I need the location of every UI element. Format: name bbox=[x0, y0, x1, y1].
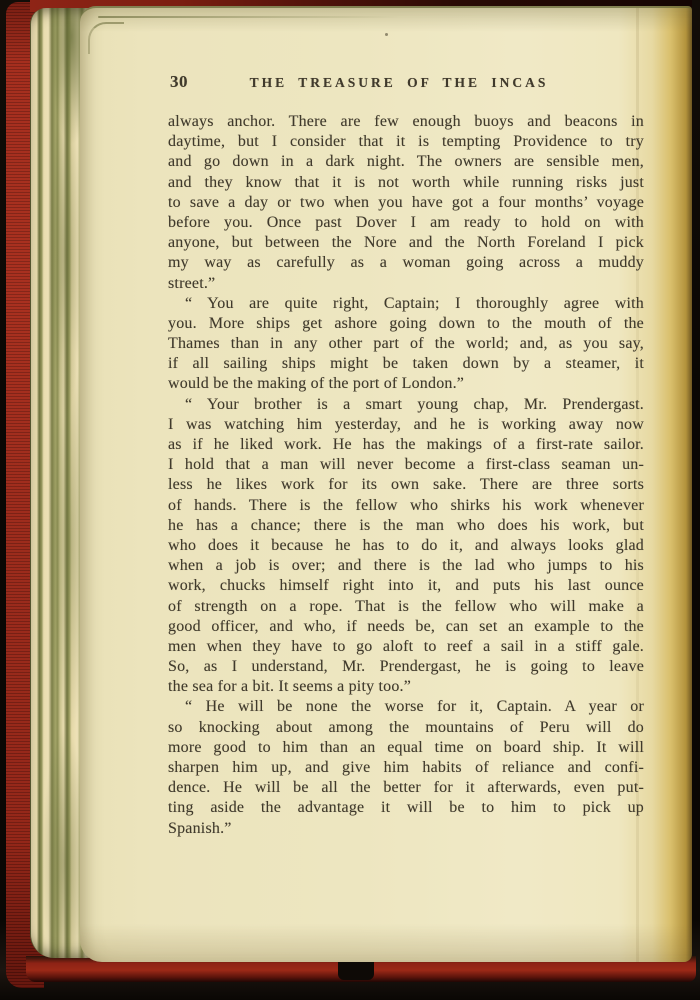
text-line: good officer, and who, if needs be, can … bbox=[168, 617, 644, 637]
text-line: and they know that it is not worth while… bbox=[168, 173, 644, 193]
text-line: “ You are quite right, Captain; I thorou… bbox=[168, 294, 644, 314]
text-line: of hands. There is the fellow who shirks… bbox=[168, 496, 644, 516]
text-line: Spanish.” bbox=[168, 819, 644, 839]
text-block: always anchor. There are few enough buoy… bbox=[168, 112, 644, 839]
text-line: street.” bbox=[168, 274, 644, 294]
printed-content: 30 THE TREASURE OF THE INCAS always anch… bbox=[168, 70, 644, 839]
text-line: Thames than in any other part of the wor… bbox=[168, 334, 644, 354]
stacked-page-top-edge-line bbox=[98, 16, 528, 18]
text-line: So, as I understand, Mr. Prendergast, he… bbox=[168, 657, 644, 677]
stacked-page-corner-line bbox=[88, 22, 124, 54]
paper-speck bbox=[385, 33, 388, 36]
page-paragraph: “ Your brother is a smart young chap, Mr… bbox=[168, 395, 644, 698]
text-line: and go down in a dark night. The owners … bbox=[168, 152, 644, 172]
text-line: you. More ships get ashore going down to… bbox=[168, 314, 644, 334]
text-line: men when they have to go aloft to reef a… bbox=[168, 637, 644, 657]
text-line: I was watching him yesterday, and he is … bbox=[168, 415, 644, 435]
text-line: daytime, but I consider that it is tempt… bbox=[168, 132, 644, 152]
text-line: ting aside the advantage it will be to h… bbox=[168, 798, 644, 818]
text-line: when a job is over; and there is the lad… bbox=[168, 556, 644, 576]
page-paragraph: “ You are quite right, Captain; I thorou… bbox=[168, 294, 644, 395]
text-line: anyone, but between the Nore and the Nor… bbox=[168, 233, 644, 253]
text-line: he has a chance; there is the man who do… bbox=[168, 516, 644, 536]
text-line: who does it because he has to do it, and… bbox=[168, 536, 644, 556]
text-line: so knocking about among the mountains of… bbox=[168, 718, 644, 738]
text-line: I hold that a man will never become a fi… bbox=[168, 455, 644, 475]
text-line: of strength on a rope. That is the fello… bbox=[168, 597, 644, 617]
page-paragraph: “ He will be none the worse for it, Capt… bbox=[168, 697, 644, 838]
page-paragraph: always anchor. There are few enough buoy… bbox=[168, 112, 644, 294]
text-line: as if he liked work. He has the makings … bbox=[168, 435, 644, 455]
text-line: sharpen him up, and give him habits of r… bbox=[168, 758, 644, 778]
text-line: the sea for a bit. It seems a pity too.” bbox=[168, 677, 644, 697]
text-line: to save a day or two when you have got a… bbox=[168, 193, 644, 213]
book-photo-scene: 30 THE TREASURE OF THE INCAS always anch… bbox=[0, 0, 700, 1000]
book-page: 30 THE TREASURE OF THE INCAS always anch… bbox=[80, 6, 692, 962]
text-line: work, chucks himself right into it, and … bbox=[168, 576, 644, 596]
text-line: less he likes work for its own sake. The… bbox=[168, 475, 644, 495]
text-line: if all sailing ships might be taken down… bbox=[168, 354, 644, 374]
text-line: “ Your brother is a smart young chap, Mr… bbox=[168, 395, 644, 415]
text-line: “ He will be none the worse for it, Capt… bbox=[168, 697, 644, 717]
text-line: always anchor. There are few enough buoy… bbox=[168, 112, 644, 132]
text-line: my way as carefully as a woman going acr… bbox=[168, 253, 644, 273]
text-line: before you. Once past Dover I am ready t… bbox=[168, 213, 644, 233]
page-header: 30 THE TREASURE OF THE INCAS bbox=[168, 70, 644, 112]
text-line: would be the making of the port of Londo… bbox=[168, 374, 644, 394]
running-head-title: THE TREASURE OF THE INCAS bbox=[168, 75, 630, 91]
text-line: dence. He will be all the better for it … bbox=[168, 778, 644, 798]
text-line: more good to him than an equal time on b… bbox=[168, 738, 644, 758]
